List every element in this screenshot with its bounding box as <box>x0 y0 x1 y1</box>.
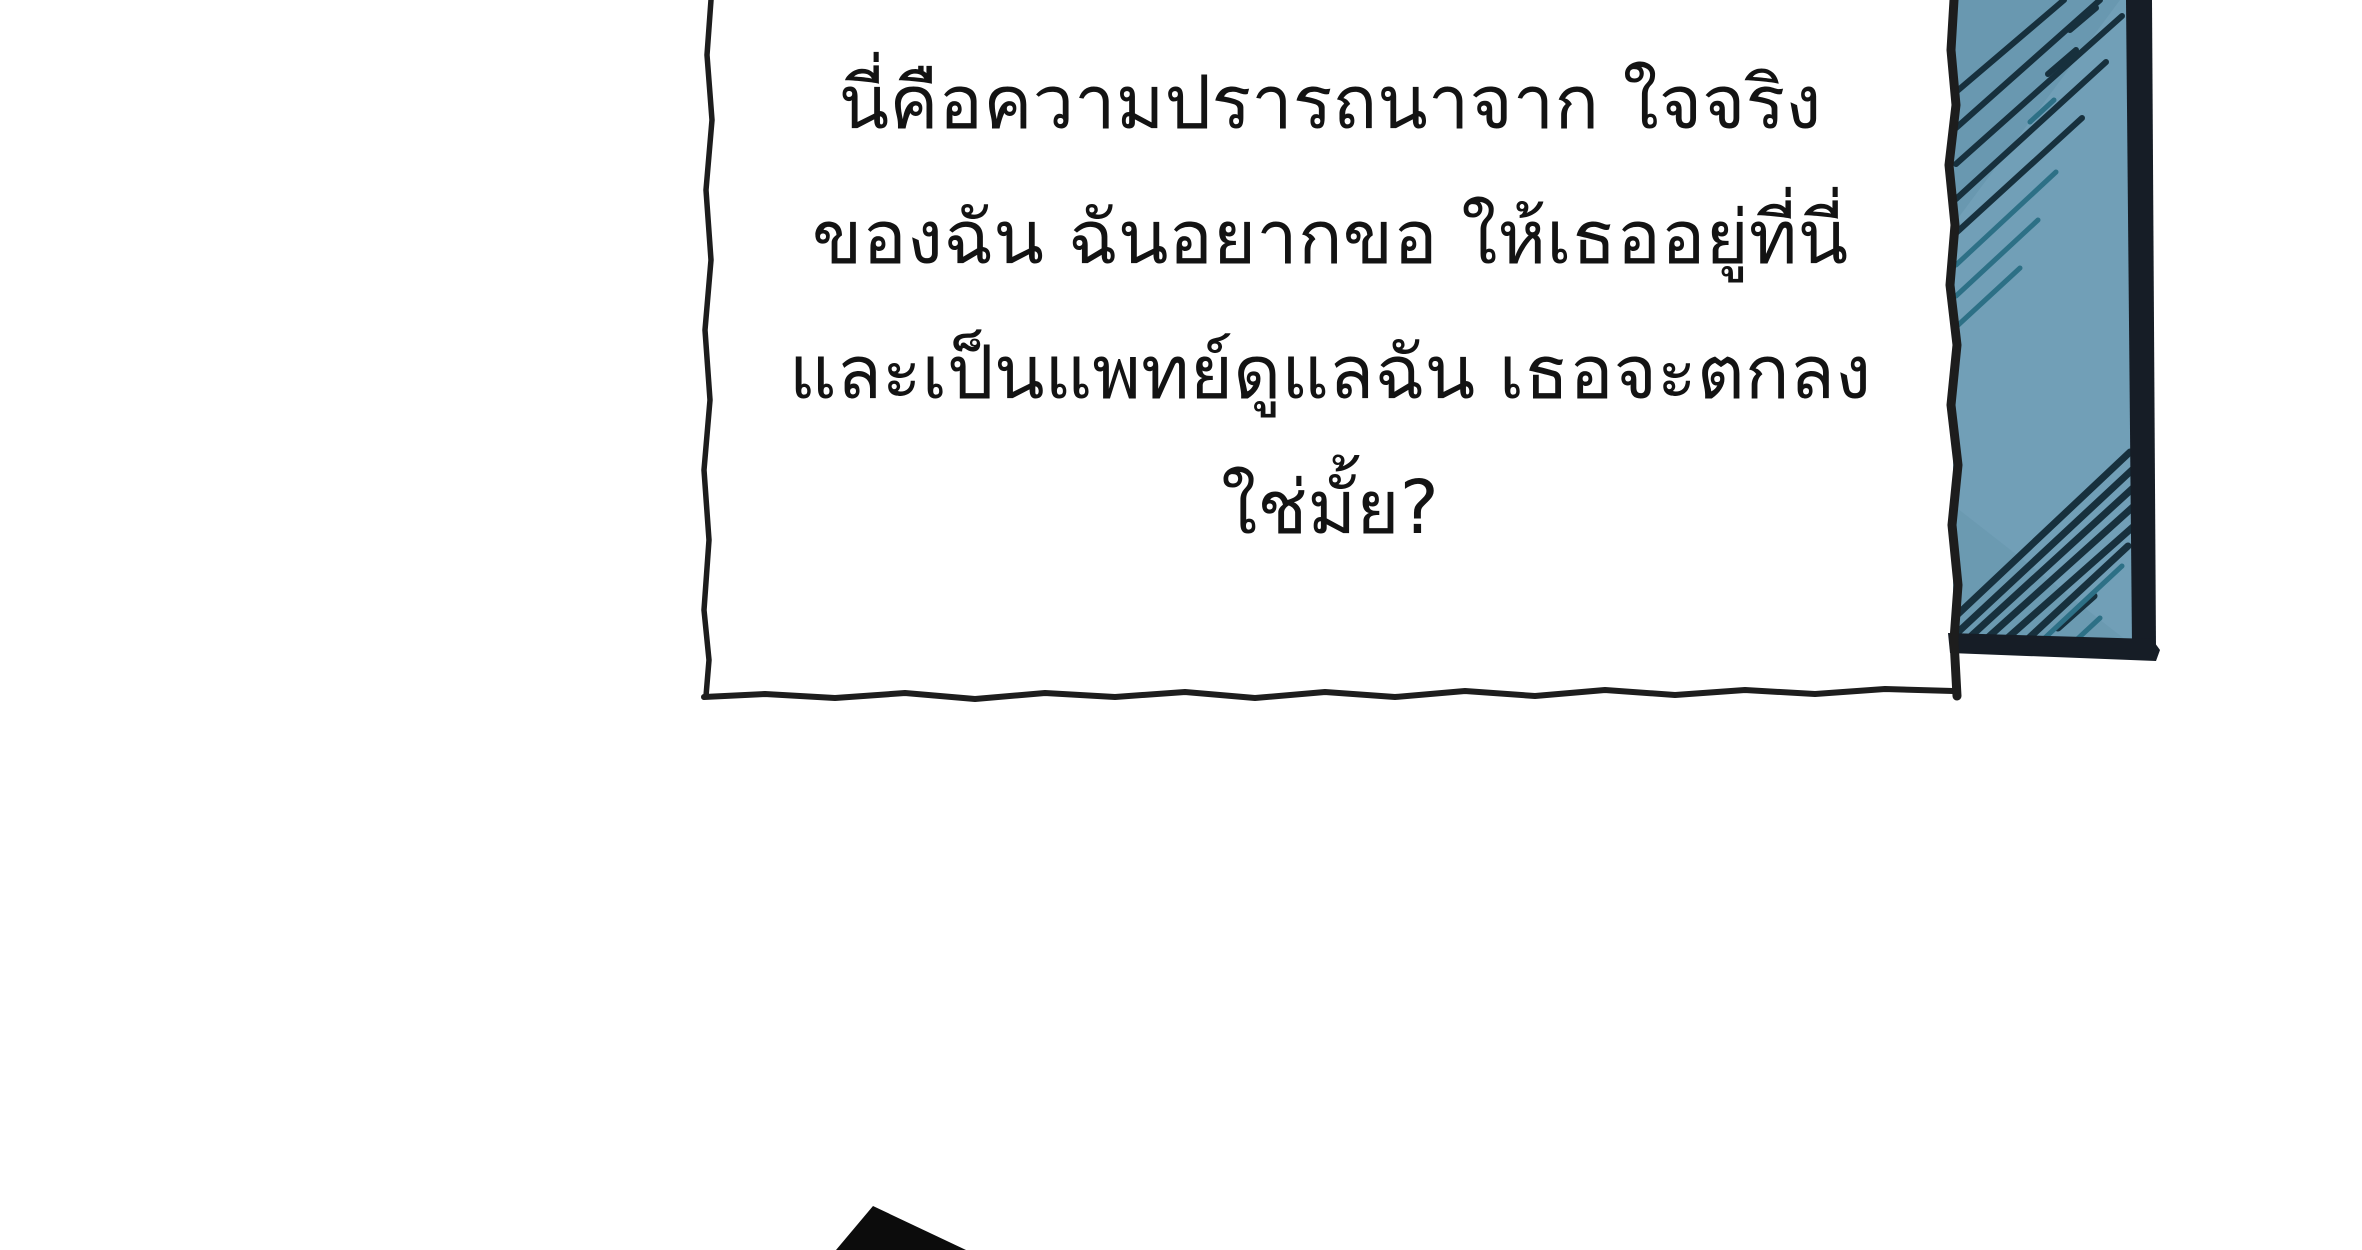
speech-line-4: ใช่มั้ย? <box>710 441 1950 576</box>
door-panel <box>1948 0 2160 696</box>
speech-text: นี่คือความปรารถนาจาก ใจจริง ของฉัน ฉันอย… <box>710 36 1950 576</box>
speech-line-2: ของฉัน ฉันอยากขอ ให้เธออยู่ที่นี่ <box>710 171 1950 306</box>
speech-line-3: และเป็นแพทย์ดูแลฉัน เธอจะตกลง <box>710 306 1950 441</box>
comic-panel: นี่คือความปรารถนาจาก ใจจริง ของฉัน ฉันอย… <box>0 0 2362 1250</box>
speech-line-1: นี่คือความปรารถนาจาก ใจจริง <box>710 36 1950 171</box>
